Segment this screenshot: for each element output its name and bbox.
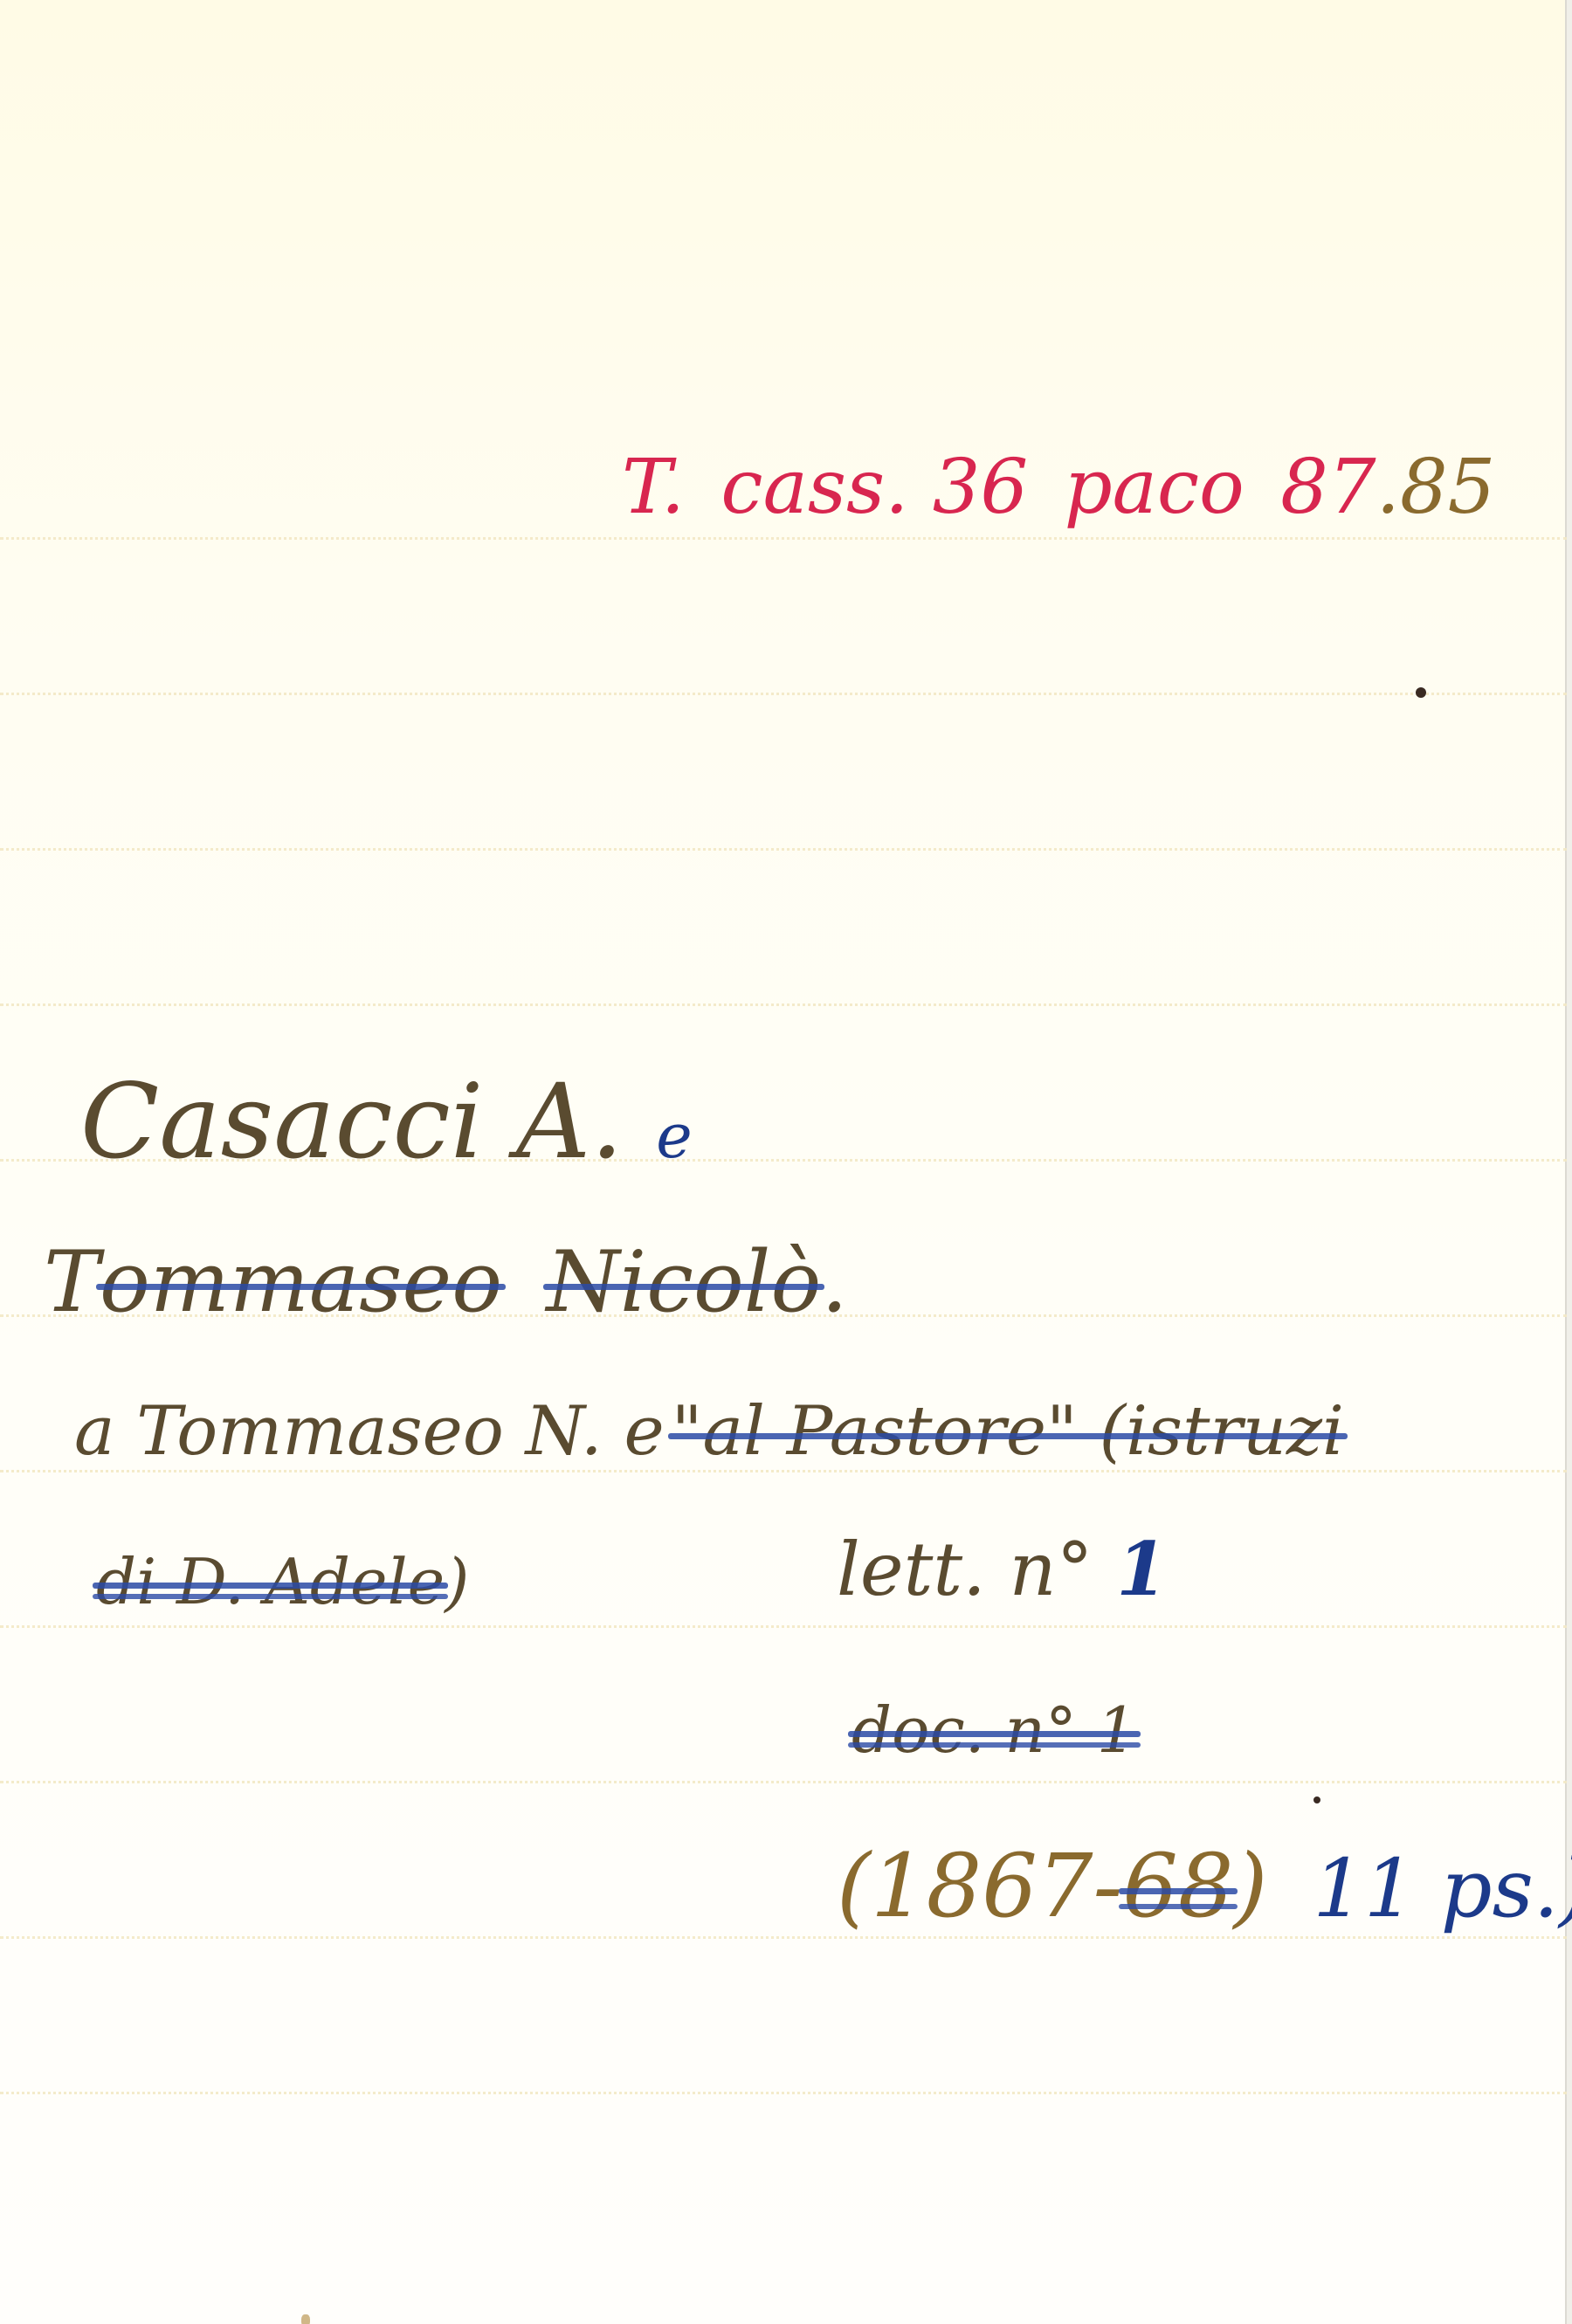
entry-line-4-right: lett. n° 1	[837, 1533, 1168, 1606]
shelfmark-number: 87	[1280, 444, 1375, 531]
shelfmark-paco: paco	[1065, 444, 1244, 531]
index-card: T. cass. 36 paco 87.85 Casacci A. e Tomm…	[0, 0, 1572, 2324]
ink-dot	[1416, 687, 1426, 698]
shelfmark-prefix: T.	[622, 444, 685, 531]
struck-surname: ommaseo	[100, 1240, 502, 1324]
ruled-line	[0, 1625, 1567, 1628]
ink-dot	[1313, 1796, 1320, 1803]
entry-line-6: (1867-68) 11 ps.)	[837, 1843, 1572, 1930]
ruled-line	[0, 537, 1567, 540]
page-count: 11 ps.)	[1313, 1842, 1572, 1935]
initial-t: T	[44, 1233, 100, 1331]
paper-stain	[301, 2314, 310, 2324]
shelfmark-cass: cass. 36	[720, 444, 1028, 531]
shelfmark: T. cass. 36 paco 87.85	[622, 450, 1495, 525]
ruled-line	[0, 2092, 1567, 2094]
entry-line-2: Tommaseo Nicolò.	[44, 1240, 848, 1324]
addressee: a Tommaseo N. e	[74, 1392, 665, 1471]
struck-firstname: Nicolò	[547, 1240, 822, 1324]
entry-line-5: doc. n° 1	[851, 1699, 1137, 1762]
period: .	[821, 1233, 848, 1331]
card-edge	[1565, 0, 1572, 2324]
struck-dedication: di D. Adele	[96, 1550, 445, 1613]
entry-line-3: a Tommaseo N. e"al Pastore" (istruzi	[74, 1397, 1344, 1465]
letters-label: lett. n°	[837, 1527, 1093, 1612]
shelfmark-suffix: .85	[1376, 444, 1496, 531]
struck-year: 68	[1122, 1843, 1233, 1930]
ruled-line	[0, 1781, 1567, 1783]
entry-line-4-left: di D. Adele)	[96, 1550, 469, 1613]
years-close: )	[1234, 1835, 1268, 1937]
struck-title: "al Pastore" (istruzi	[672, 1397, 1344, 1465]
conjunction: e	[656, 1100, 692, 1172]
ruled-line	[0, 1936, 1567, 1939]
letters-count: 1	[1116, 1526, 1167, 1612]
years: (1867-	[837, 1835, 1122, 1937]
ruled-line	[0, 1003, 1567, 1006]
close-paren: )	[445, 1545, 469, 1618]
entry-line-1: Casacci A. e	[80, 1070, 693, 1173]
author-name: Casacci A.	[80, 1061, 624, 1182]
ruled-line	[0, 848, 1567, 851]
ruled-line	[0, 693, 1567, 695]
struck-documents: doc. n° 1	[851, 1699, 1137, 1762]
